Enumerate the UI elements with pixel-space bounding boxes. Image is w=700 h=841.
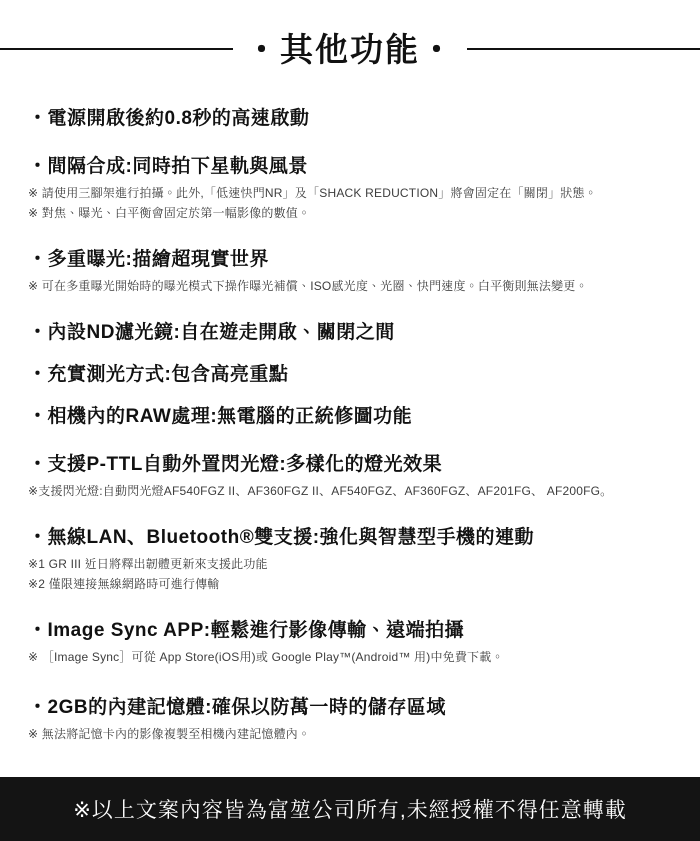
feature-heading: ・Image Sync APP:輕鬆進行影像傳輸、遠端拍攝 <box>28 620 670 642</box>
feature-section-pttl-flash: ・支援P-TTL自動外置閃光燈:多樣化的燈光效果 ※支援閃光燈:自動閃光燈AF5… <box>28 454 670 501</box>
feature-notes: ※ 可在多重曝光開始時的曝光模式下操作曝光補償、ISO感光度、光圈、快門速度。白… <box>28 276 670 296</box>
feature-heading: ・2GB的內建記憶體:確保以防萬一時的儲存區域 <box>28 697 670 719</box>
page-title-row: ・其他功能・ <box>0 28 700 70</box>
feature-notes: ※ ［Image Sync］可從 App Store(iOS用)或 Google… <box>28 647 670 667</box>
feature-heading: ・多重曝光:描繪超現實世界 <box>28 249 670 271</box>
feature-note: ※支援閃光燈:自動閃光燈AF540FGZ II、AF360FGZ II、AF54… <box>28 481 670 501</box>
feature-section-image-sync: ・Image Sync APP:輕鬆進行影像傳輸、遠端拍攝 ※ ［Image S… <box>28 620 670 667</box>
feature-note: ※ 可在多重曝光開始時的曝光模式下操作曝光補償、ISO感光度、光圈、快門速度。白… <box>28 276 670 296</box>
feature-heading: ・內設ND濾光鏡:自在遊走開啟、關閉之間 <box>28 322 670 344</box>
feature-note: ※ 無法將記憶卡內的影像複製至相機內建記憶體內。 <box>28 724 670 744</box>
page-title: ・其他功能・ <box>245 33 455 66</box>
feature-section-startup: ・電源開啟後約0.8秒的高速啟動 <box>28 108 670 130</box>
feature-section-multi-exposure: ・多重曝光:描繪超現實世界 ※ 可在多重曝光開始時的曝光模式下操作曝光補償、IS… <box>28 249 670 296</box>
feature-notes: ※ 無法將記憶卡內的影像複製至相機內建記憶體內。 <box>28 724 670 744</box>
feature-section-internal-memory: ・2GB的內建記憶體:確保以防萬一時的儲存區域 ※ 無法將記憶卡內的影像複製至相… <box>28 697 670 744</box>
feature-section-nd-filter: ・內設ND濾光鏡:自在遊走開啟、關閉之間 <box>28 322 670 344</box>
page: ・其他功能・ ・電源開啟後約0.8秒的高速啟動 ・間隔合成:同時拍下星軌與風景 … <box>0 0 700 841</box>
feature-note: ※1 GR III 近日將釋出韌體更新來支援此功能 <box>28 554 670 574</box>
copyright-footer: ※以上文案內容皆為富堃公司所有,未經授權不得任意轉載 <box>0 777 700 841</box>
feature-section-metering: ・充實測光方式:包含高亮重點 <box>28 364 670 386</box>
feature-section-raw-processing: ・相機內的RAW處理:無電腦的正統修圖功能 <box>28 406 670 428</box>
feature-heading: ・相機內的RAW處理:無電腦的正統修圖功能 <box>28 406 670 428</box>
feature-section-interval-composite: ・間隔合成:同時拍下星軌與風景 ※ 請使用三腳架進行拍攝。此外,「低速快門NR」… <box>28 156 670 223</box>
feature-notes: ※1 GR III 近日將釋出韌體更新來支援此功能 ※2 僅限連接無線網路時可進… <box>28 554 670 594</box>
feature-section-wlan-bluetooth: ・無線LAN、Bluetooth®雙支援:強化與智慧型手機的連動 ※1 GR I… <box>28 527 670 594</box>
copyright-text: ※以上文案內容皆為富堃公司所有,未經授權不得任意轉載 <box>73 794 626 824</box>
feature-notes: ※ 請使用三腳架進行拍攝。此外,「低速快門NR」及「SHACK REDUCTIO… <box>28 183 670 223</box>
title-rule-left <box>0 48 233 50</box>
feature-note: ※2 僅限連接無線網路時可進行傳輸 <box>28 574 670 594</box>
feature-list: ・電源開啟後約0.8秒的高速啟動 ・間隔合成:同時拍下星軌與風景 ※ 請使用三腳… <box>0 108 700 744</box>
feature-note: ※ 請使用三腳架進行拍攝。此外,「低速快門NR」及「SHACK REDUCTIO… <box>28 183 670 203</box>
title-rule-right <box>467 48 700 50</box>
feature-heading: ・間隔合成:同時拍下星軌與風景 <box>28 156 670 178</box>
feature-heading: ・支援P-TTL自動外置閃光燈:多樣化的燈光效果 <box>28 454 670 476</box>
feature-notes: ※支援閃光燈:自動閃光燈AF540FGZ II、AF360FGZ II、AF54… <box>28 481 670 501</box>
feature-heading: ・電源開啟後約0.8秒的高速啟動 <box>28 108 670 130</box>
feature-heading: ・充實測光方式:包含高亮重點 <box>28 364 670 386</box>
feature-note: ※ 對焦、曝光、白平衡會固定於第一幅影像的數值。 <box>28 203 670 223</box>
feature-note: ※ ［Image Sync］可從 App Store(iOS用)或 Google… <box>28 647 670 667</box>
feature-heading: ・無線LAN、Bluetooth®雙支援:強化與智慧型手機的連動 <box>28 527 670 549</box>
